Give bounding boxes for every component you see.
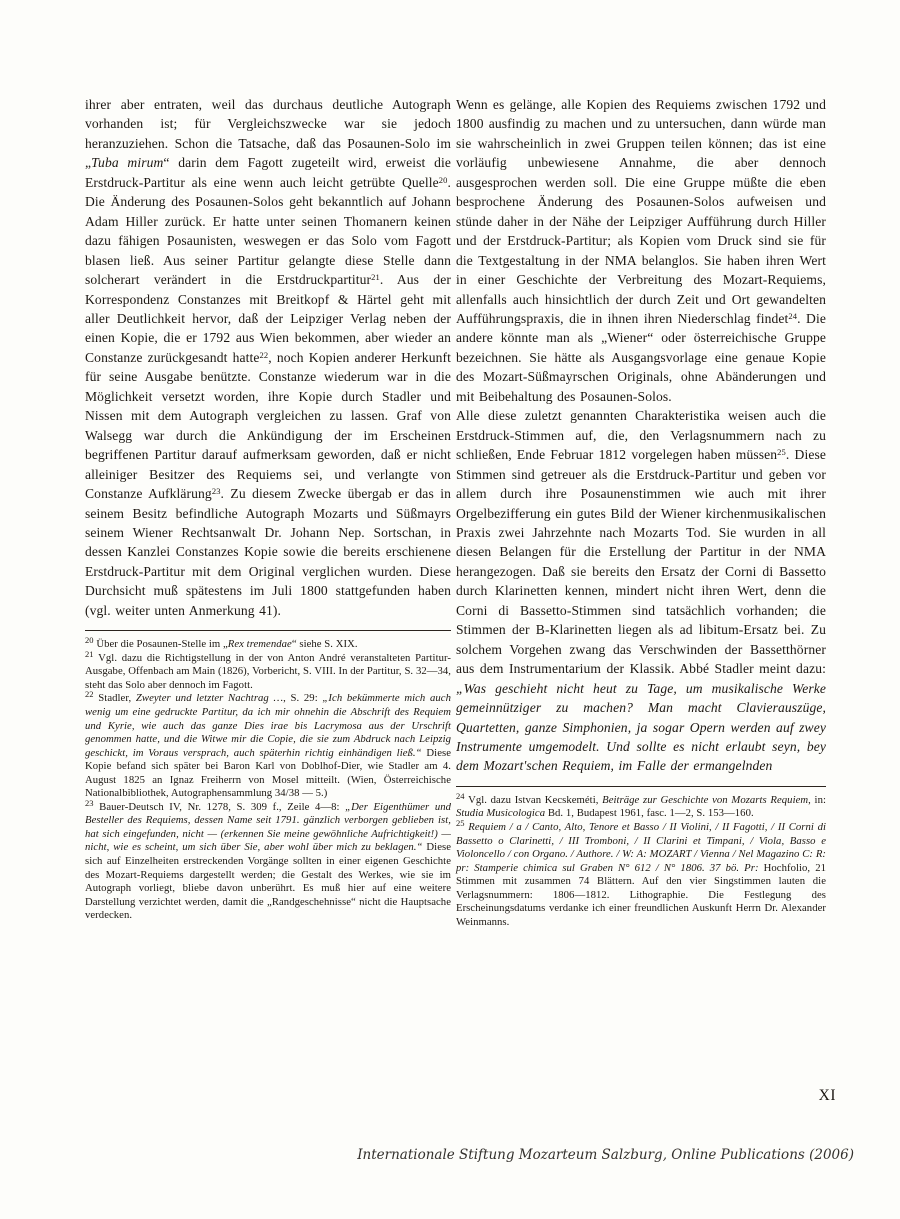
footnote: 20 Über die Posaunen-Stelle im „Rex trem… [85,638,451,652]
text-run: , in: [808,794,826,806]
text-run: Bauer-Deutsch IV, Nr. 1278, S. 309 f., Z… [94,801,346,813]
footnote-ref: 22 [260,350,269,360]
footnote: 25 Requiem / a / Canto, Alto, Tenore et … [456,821,826,929]
right-column: Wenn es gelänge, alle Kopien des Requiem… [456,95,826,929]
text-run: Bd. 1, Budapest 1961, fasc. 1—2, S. 153—… [545,807,754,819]
paragraph: ihrer aber entraten, weil das durchaus d… [85,95,451,620]
footnote-ref: 23 [212,486,221,496]
text-run: Alle diese zuletzt genannten Charakteris… [456,408,826,462]
footnote-separator [456,786,826,787]
text-run: . Diese Stimmen sind getreuer als die Er… [456,447,826,676]
text-run: „Was geschieht nicht heut zu Tage, um mu… [456,681,826,774]
text-run: Zweyter und letzter Nachtrag … [136,692,283,704]
paragraph: Wenn es gelänge, alle Kopien des Requiem… [456,95,826,406]
footnote-ref: 24 [456,791,465,801]
text-run: Über die Posaunen-Stelle im „ [94,638,228,650]
text-run: , noch Kopien anderer Herkunft für seine… [85,350,451,501]
document-page: ihrer aber entraten, weil das durchaus d… [0,0,900,1219]
footnote-ref: 25 [456,818,465,828]
footnote: 23 Bauer-Deutsch IV, Nr. 1278, S. 309 f.… [85,801,451,923]
footnote: 24 Vgl. dazu Istvan Kecskeméti, Beiträge… [456,794,826,821]
footnote-ref: 21 [371,272,380,282]
page-number: XI [819,1087,836,1105]
footnote: 21 Vgl. dazu die Richtigstellung in der … [85,652,451,693]
text-run: , S. 29: [283,692,322,704]
text-run: Wenn es gelänge, alle Kopien des Requiem… [456,97,826,326]
footnote-ref: 20 [85,635,94,645]
left-column-body: ihrer aber entraten, weil das durchaus d… [85,95,451,620]
text-run: Stadler, [94,692,136,704]
footer-credit: Internationale Stiftung Mozarteum Salzbu… [357,1147,854,1163]
text-run: . Die Änderung des Posaunen-Solos geht b… [85,175,451,287]
left-column-footnotes: 20 Über die Posaunen-Stelle im „Rex trem… [85,638,451,922]
footnote-ref: 24 [788,311,797,321]
left-column: ihrer aber entraten, weil das durchaus d… [85,95,451,923]
footnote-ref: 20 [439,175,448,185]
footnote-ref: 25 [777,447,786,457]
text-run: “ siehe S. XIX. [292,638,358,650]
footnote-ref: 21 [85,649,94,659]
footnote-ref: 23 [85,798,94,808]
text-run: Rex tremendae [228,638,292,650]
text-run: Studia Musicologica [456,807,545,819]
paragraph: Alle diese zuletzt genannten Charakteris… [456,406,826,776]
text-run: Vgl. dazu Istvan Kecskeméti, [465,794,603,806]
right-column-footnotes: 24 Vgl. dazu Istvan Kecskeméti, Beiträge… [456,794,826,929]
footnote-ref: 22 [85,689,94,699]
right-column-body: Wenn es gelänge, alle Kopien des Requiem… [456,95,826,776]
footnote-separator [85,630,451,631]
text-run: Tuba mirum [91,155,163,170]
text-run: . Zu diesem Zwecke übergab er das in sei… [85,486,451,618]
text-run: Vgl. dazu die Richtigstellung in der von… [85,652,451,691]
text-run: Beiträge zur Geschichte von Mozarts Requ… [602,794,808,806]
footnote: 22 Stadler, Zweyter und letzter Nachtrag… [85,692,451,800]
